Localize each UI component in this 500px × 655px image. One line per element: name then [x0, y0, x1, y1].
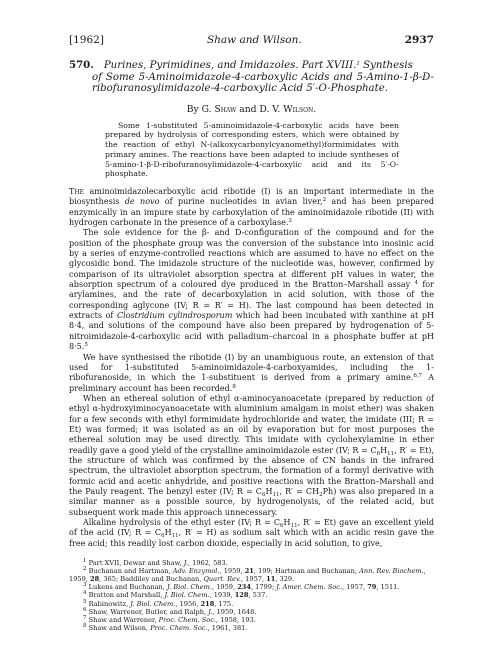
article-body: The aminoimidazolecarboxylic acid riboti… [69, 187, 434, 549]
footnote-ref[interactable]: 5 [84, 342, 88, 348]
footnote-4: 4 Bratton and Marshall, J. Biol. Chem., … [69, 591, 434, 599]
footnote-7: 7 Shaw and Warrener, Proc. Chem. Soc., 1… [69, 616, 434, 624]
byline: By G. Shaw and D. V. Wilson. [69, 104, 434, 115]
paragraph: The sole evidence for the β- and D-confi… [69, 228, 434, 352]
footnote-6: 6 Shaw, Warrener, Butler, and Ralph, J.,… [69, 608, 434, 616]
article-number: 570. [69, 59, 94, 71]
paragraph: The aminoimidazolecarboxylic acid riboti… [69, 187, 434, 228]
footnote-ref[interactable]: 3 [288, 218, 292, 224]
header-year: [1962] [69, 34, 104, 46]
footnotes: 1 Part XVII, Dewar and Shaw, J., 1962, 5… [69, 559, 434, 632]
footnote-1: 1 Part XVII, Dewar and Shaw, J., 1962, 5… [69, 559, 434, 567]
paragraph: We have synthesised the ribotide (I) by … [69, 353, 434, 394]
running-header: [1962] Shaw and Wilson. 2937 [69, 34, 434, 46]
title-rest: of Some 5-Aminoimidazole-4-carboxylic Ac… [69, 72, 434, 95]
paragraph: Alkaline hydrolysis of the ethyl ester (… [69, 518, 434, 549]
footnote-2: 2 Buchanan and Hartman, Adv. Enzymol., 1… [69, 567, 434, 575]
paragraph: When an ethereal solution of ethyl α-ami… [69, 394, 434, 518]
journal-page: [1962] Shaw and Wilson. 2937 570.Purines… [69, 34, 434, 632]
footnote-ref[interactable]: 8 [232, 384, 236, 390]
header-authors: Shaw and Wilson. [207, 34, 302, 46]
page-number: 2937 [405, 34, 434, 46]
title-line-1-end: Synthesis [360, 60, 413, 71]
abstract: Some 1-substituted 5-aminoimidazole-4-ca… [105, 121, 399, 179]
article-title: 570.Purines, Pyrimidines, and Imidazoles… [69, 60, 434, 95]
author-wilson: Wilson [283, 104, 313, 115]
footnote-5: 5 Rabinowitz, J. Biol. Chem., 1956, 218,… [69, 600, 434, 608]
footnote-ref[interactable]: 6,7 [413, 373, 422, 379]
author-shaw: Shaw [215, 104, 237, 115]
footnote-8: 8 Shaw and Wilson, Proc. Chem. Soc., 196… [69, 624, 434, 632]
title-line-1: Purines, Pyrimidines, and Imidazoles. Pa… [104, 60, 357, 71]
